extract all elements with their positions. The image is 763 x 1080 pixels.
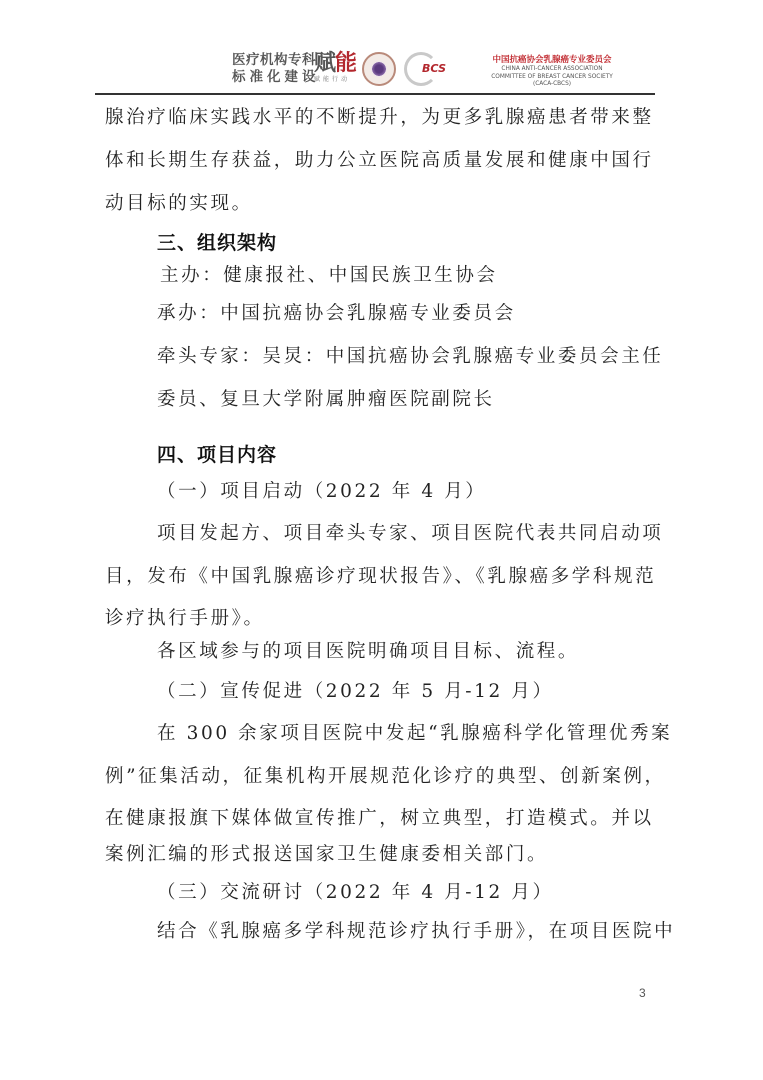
paragraph-line: 各区域参与的项目医院明确项目目标、流程。	[157, 640, 702, 664]
committee-name-cn: 中国抗癌协会乳腺癌专业委员会	[447, 54, 657, 66]
paragraph-line: 在 300 余家项目医院中发起“乳腺癌科学化管理优秀案	[157, 722, 702, 746]
paragraph-line: 例”征集活动，征集机构开展规范化诊疗的典型、创新案例，	[105, 765, 650, 789]
paragraph-line: 目，发布《中国乳腺癌诊疗现状报告》、《乳腺癌多学科规范	[105, 565, 650, 589]
section-4-heading: 四、项目内容	[157, 440, 277, 467]
paragraph-line: 案例汇编的形式报送国家卫生健康委相关部门。	[105, 843, 650, 867]
paragraph-line: 诊疗执行手册》。	[105, 607, 650, 631]
section-3-heading: 三、组织架构	[157, 228, 277, 255]
committee-name-en-3: (CACA-CBCS)	[447, 81, 657, 89]
specialty-standardization-logo: 医疗机构专科 标准化建设	[232, 52, 292, 86]
organizer-line: 承办：中国抗癌协会乳腺癌专业委员会	[157, 302, 702, 326]
paragraph-line: 腺治疗临床实践水平的不断提升，为更多乳腺癌患者带来整	[105, 106, 650, 130]
lead-expert-line-2: 委员、复旦大学附属肿瘤医院副院长	[157, 388, 702, 412]
header-divider	[95, 93, 655, 95]
subsection-1-title: （一）项目启动（2022 年 4 月）	[157, 480, 702, 504]
logo-line-2: 标准化建设	[232, 69, 292, 86]
association-emblem-icon	[362, 52, 396, 86]
document-header: 医疗机构专科 标准化建设 赋能 赋能行动 BCS 中国抗癌协会乳腺癌专业委员会 …	[0, 0, 763, 92]
host-line: 主办：健康报社、中国民族卫生协会	[160, 264, 705, 288]
committee-name-block: 中国抗癌协会乳腺癌专业委员会 CHINA ANTI-CANCER ASSOCIA…	[447, 54, 657, 89]
logo-char-neng: 能	[335, 51, 356, 76]
bcs-logo-text: BCS	[422, 62, 446, 75]
paragraph-line: 动目标的实现。	[105, 192, 650, 216]
subsection-3-title: （三）交流研讨（2022 年 4 月-12 月）	[157, 881, 702, 905]
paragraph-line: 项目发起方、项目牵头专家、项目医院代表共同启动项	[157, 522, 702, 546]
lead-expert-line-1: 牵头专家：吴炅：中国抗癌协会乳腺癌专业委员会主任	[157, 345, 702, 369]
logo-char-fu: 赋	[314, 51, 335, 76]
logo-line-1: 医疗机构专科	[232, 52, 292, 69]
empowerment-logo: 赋能 赋能行动	[314, 52, 356, 84]
subsection-2-title: （二）宣传促进（2022 年 5 月-12 月）	[157, 680, 702, 704]
logo-subtitle: 赋能行动	[314, 76, 356, 84]
paragraph-line: 结合《乳腺癌多学科规范诊疗执行手册》，在项目医院中	[157, 920, 702, 944]
paragraph-line: 体和长期生存获益，助力公立医院高质量发展和健康中国行	[105, 149, 650, 173]
committee-name-en-2: COMMITTEE OF BREAST CANCER SOCIETY	[447, 74, 657, 82]
committee-name-en-1: CHINA ANTI-CANCER ASSOCIATION	[447, 66, 657, 74]
paragraph-line: 在健康报旗下媒体做宣传推广，树立典型，打造模式。并以	[105, 807, 650, 831]
page-number: 3	[639, 986, 646, 1000]
